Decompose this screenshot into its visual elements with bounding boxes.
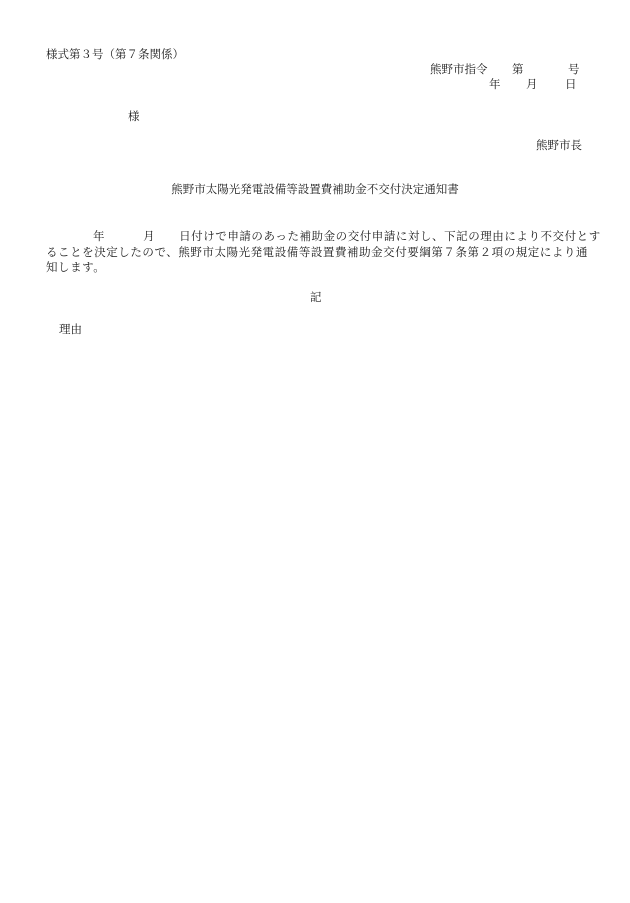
reason-label: 理由 (59, 322, 82, 336)
body-line-1-rest: 日付けで申請のあった補助金の交付申請に対し、下記の理由により不交付とす (179, 229, 601, 243)
body-line-2: ることを決定したので、熊野市太陽光発電設備等設置費補助金交付要綱第７条第２項の規… (46, 245, 586, 261)
body-paragraph: 年月日付けで申請のあった補助金の交付申請に対し、下記の理由により不交付とす るこ… (46, 229, 586, 276)
document-title-text: 熊野市太陽光発電設備等設置費補助金不交付決定通知書 (171, 182, 459, 196)
reference-prefix: 熊野市指令 (430, 62, 512, 76)
body-date-year: 年 (93, 229, 105, 243)
body-line-1: 年月日付けで申請のあった補助金の交付申請に対し、下記の理由により不交付とす (46, 229, 586, 245)
ki-heading: 記 (310, 290, 322, 304)
body-line-3: 知します。 (46, 260, 586, 276)
reference-number-line: 熊野市指令第号 (430, 62, 580, 76)
reference-dai: 第 (512, 62, 568, 76)
date-year: 年 (489, 77, 526, 91)
issue-date-line: 年月日 (489, 77, 577, 91)
addressee-suffix: 様 (128, 109, 140, 123)
date-month: 月 (526, 77, 565, 91)
form-number: 様式第３号（第７条関係） (46, 47, 184, 61)
body-date-month: 月 (143, 229, 155, 243)
issuer-name: 熊野市長 (536, 138, 582, 152)
reference-go: 号 (568, 62, 580, 76)
document-title: 熊野市太陽光発電設備等設置費補助金不交付決定通知書 (0, 182, 630, 196)
date-day: 日 (565, 77, 577, 91)
